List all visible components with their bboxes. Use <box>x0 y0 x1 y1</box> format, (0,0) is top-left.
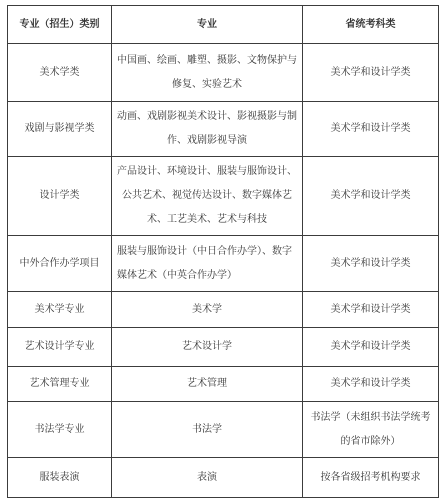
table-row: 设计学类产品设计、环境设计、服装与服饰设计、公共艺术、视觉传达设计、数字媒体艺术… <box>8 157 439 236</box>
majors-cell: 动画、戏剧影视美术设计、影视摄影与制作、戏剧影视导演 <box>112 102 303 157</box>
majors-cell: 表演 <box>112 458 303 498</box>
category-cell: 服装表演 <box>8 458 112 498</box>
exam-cell: 美术学和设计学类 <box>303 328 439 367</box>
exam-cell: 美术学和设计学类 <box>303 157 439 236</box>
table-row: 书法学专业书法学书法学（未组织书法学统考的省市除外） <box>8 402 439 458</box>
header-row: 专业（招生）类别 专业 省统考科类 <box>8 6 439 44</box>
category-cell: 中外合作办学项目 <box>8 236 112 292</box>
category-cell: 书法学专业 <box>8 402 112 458</box>
majors-cell: 中国画、绘画、雕塑、摄影、文物保护与修复、实验艺术 <box>112 44 303 102</box>
majors-cell: 艺术管理 <box>112 367 303 402</box>
admissions-table: 专业（招生）类别 专业 省统考科类 美术学类中国画、绘画、雕塑、摄影、文物保护与… <box>7 5 439 498</box>
table-body: 美术学类中国画、绘画、雕塑、摄影、文物保护与修复、实验艺术美术学和设计学类戏剧与… <box>8 44 439 498</box>
header-exam-type: 省统考科类 <box>303 6 439 44</box>
table-row: 美术学类中国画、绘画、雕塑、摄影、文物保护与修复、实验艺术美术学和设计学类 <box>8 44 439 102</box>
exam-cell: 美术学和设计学类 <box>303 292 439 328</box>
category-cell: 戏剧与影视学类 <box>8 102 112 157</box>
table-header: 专业（招生）类别 专业 省统考科类 <box>8 6 439 44</box>
exam-cell: 美术学和设计学类 <box>303 367 439 402</box>
majors-cell: 书法学 <box>112 402 303 458</box>
table-row: 戏剧与影视学类动画、戏剧影视美术设计、影视摄影与制作、戏剧影视导演美术学和设计学… <box>8 102 439 157</box>
exam-cell: 书法学（未组织书法学统考的省市除外） <box>303 402 439 458</box>
exam-cell: 美术学和设计学类 <box>303 44 439 102</box>
exam-cell: 按各省级招考机构要求 <box>303 458 439 498</box>
header-majors: 专业 <box>112 6 303 44</box>
category-cell: 美术学专业 <box>8 292 112 328</box>
table-row: 美术学专业美术学美术学和设计学类 <box>8 292 439 328</box>
table-row: 艺术管理专业艺术管理美术学和设计学类 <box>8 367 439 402</box>
exam-cell: 美术学和设计学类 <box>303 236 439 292</box>
table-row: 艺术设计学专业艺术设计学美术学和设计学类 <box>8 328 439 367</box>
majors-cell: 艺术设计学 <box>112 328 303 367</box>
majors-cell: 产品设计、环境设计、服装与服饰设计、公共艺术、视觉传达设计、数字媒体艺术、工艺美… <box>112 157 303 236</box>
header-category: 专业（招生）类别 <box>8 6 112 44</box>
page: 专业（招生）类别 专业 省统考科类 美术学类中国画、绘画、雕塑、摄影、文物保护与… <box>0 0 445 498</box>
category-cell: 艺术管理专业 <box>8 367 112 402</box>
exam-cell: 美术学和设计学类 <box>303 102 439 157</box>
table-row: 中外合作办学项目服装与服饰设计（中日合作办学）、数字媒体艺术（中英合作办学）美术… <box>8 236 439 292</box>
table-row: 服装表演表演按各省级招考机构要求 <box>8 458 439 498</box>
majors-cell: 美术学 <box>112 292 303 328</box>
category-cell: 艺术设计学专业 <box>8 328 112 367</box>
majors-cell: 服装与服饰设计（中日合作办学）、数字媒体艺术（中英合作办学） <box>112 236 303 292</box>
category-cell: 美术学类 <box>8 44 112 102</box>
category-cell: 设计学类 <box>8 157 112 236</box>
